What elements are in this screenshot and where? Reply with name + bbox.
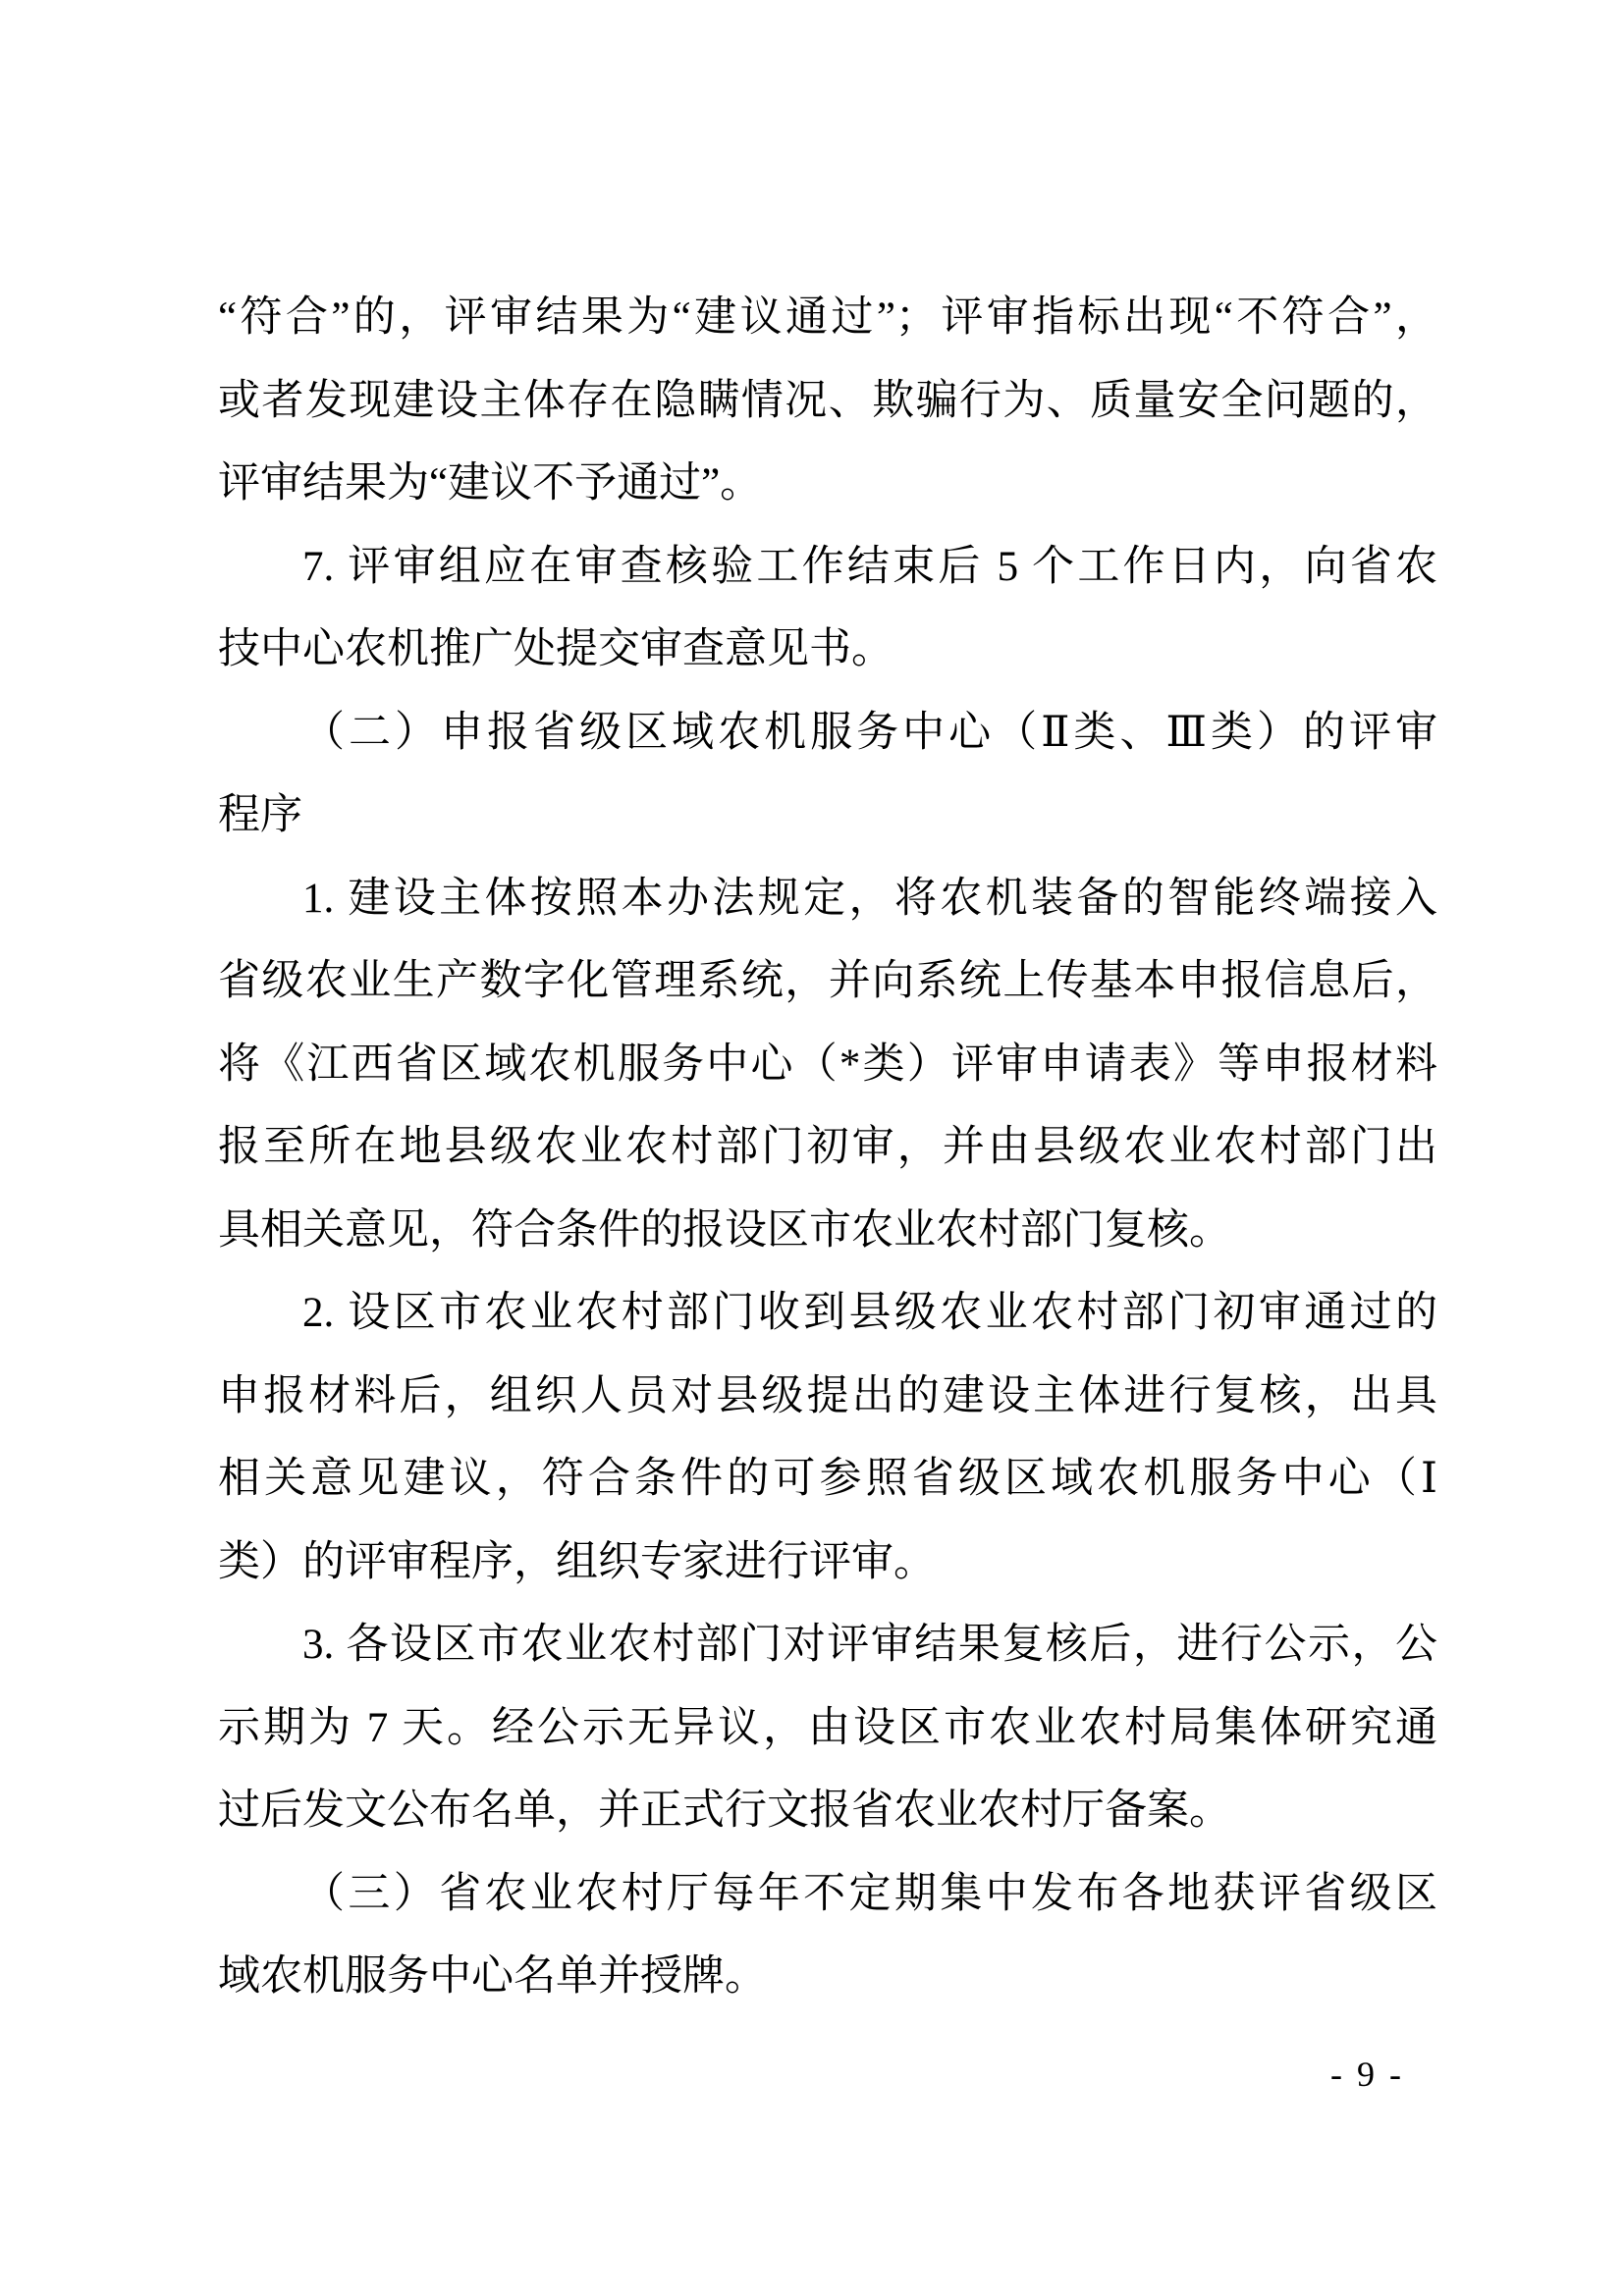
text-line: 3. 各设区市农业农村部门对评审结果复核后，进行公示，公 [218, 1604, 1437, 1687]
text-line: 评审结果为“建议不予通过”。 [218, 443, 1437, 526]
text-line: 具相关意见，符合条件的报设区市农业农村部门复核。 [218, 1190, 1437, 1273]
text-line: 2. 设区市农业农村部门收到县级农业农村部门初审通过的 [218, 1272, 1437, 1356]
text-line: 1. 建设主体按照本办法规定，将农机装备的智能终端接入 [218, 858, 1437, 941]
text-line: 过后发文公布名单，并正式行文报省农业农村厅备案。 [218, 1770, 1437, 1853]
document-body: “符合”的，评审结果为“建议通过”；评审指标出现“不符合”， 或者发现建设主体存… [218, 277, 1437, 2019]
text-line: 示期为 7 天。经公示无异议，由设区市农业农村局集体研究通 [218, 1687, 1437, 1771]
text-line: 程序 [218, 774, 1437, 858]
text-line: 或者发现建设主体存在隐瞒情况、欺骗行为、质量安全问题的， [218, 360, 1437, 444]
text-line: 技中心农机推广处提交审查意见书。 [218, 609, 1437, 692]
text-line: “符合”的，评审结果为“建议通过”；评审指标出现“不符合”， [218, 277, 1437, 360]
text-line: 省级农业生产数字化管理系统，并向系统上传基本申报信息后， [218, 940, 1437, 1024]
page-number: - 9 - [1330, 2054, 1404, 2095]
document-page: “符合”的，评审结果为“建议通过”；评审指标出现“不符合”， 或者发现建设主体存… [0, 0, 1624, 2296]
text-line: （二）申报省级区域农机服务中心（Ⅱ类、Ⅲ类）的评审 [218, 692, 1437, 775]
text-line: 报至所在地县级农业农村部门初审，并由县级农业农村部门出 [218, 1106, 1437, 1190]
text-line: 相关意见建议，符合条件的可参照省级区域农机服务中心（Ⅰ [218, 1438, 1437, 1522]
text-line: 将《江西省区域农机服务中心（*类）评审申请表》等申报材料 [218, 1024, 1437, 1107]
text-line: 类）的评审程序，组织专家进行评审。 [218, 1522, 1437, 1605]
text-line: 申报材料后，组织人员对县级提出的建设主体进行复核，出具 [218, 1356, 1437, 1439]
text-line: （三）省农业农村厅每年不定期集中发布各地获评省级区 [218, 1853, 1437, 1937]
text-line: 7. 评审组应在审查核验工作结束后 5 个工作日内，向省农 [218, 526, 1437, 610]
text-line: 域农机服务中心名单并授牌。 [218, 1936, 1437, 2019]
